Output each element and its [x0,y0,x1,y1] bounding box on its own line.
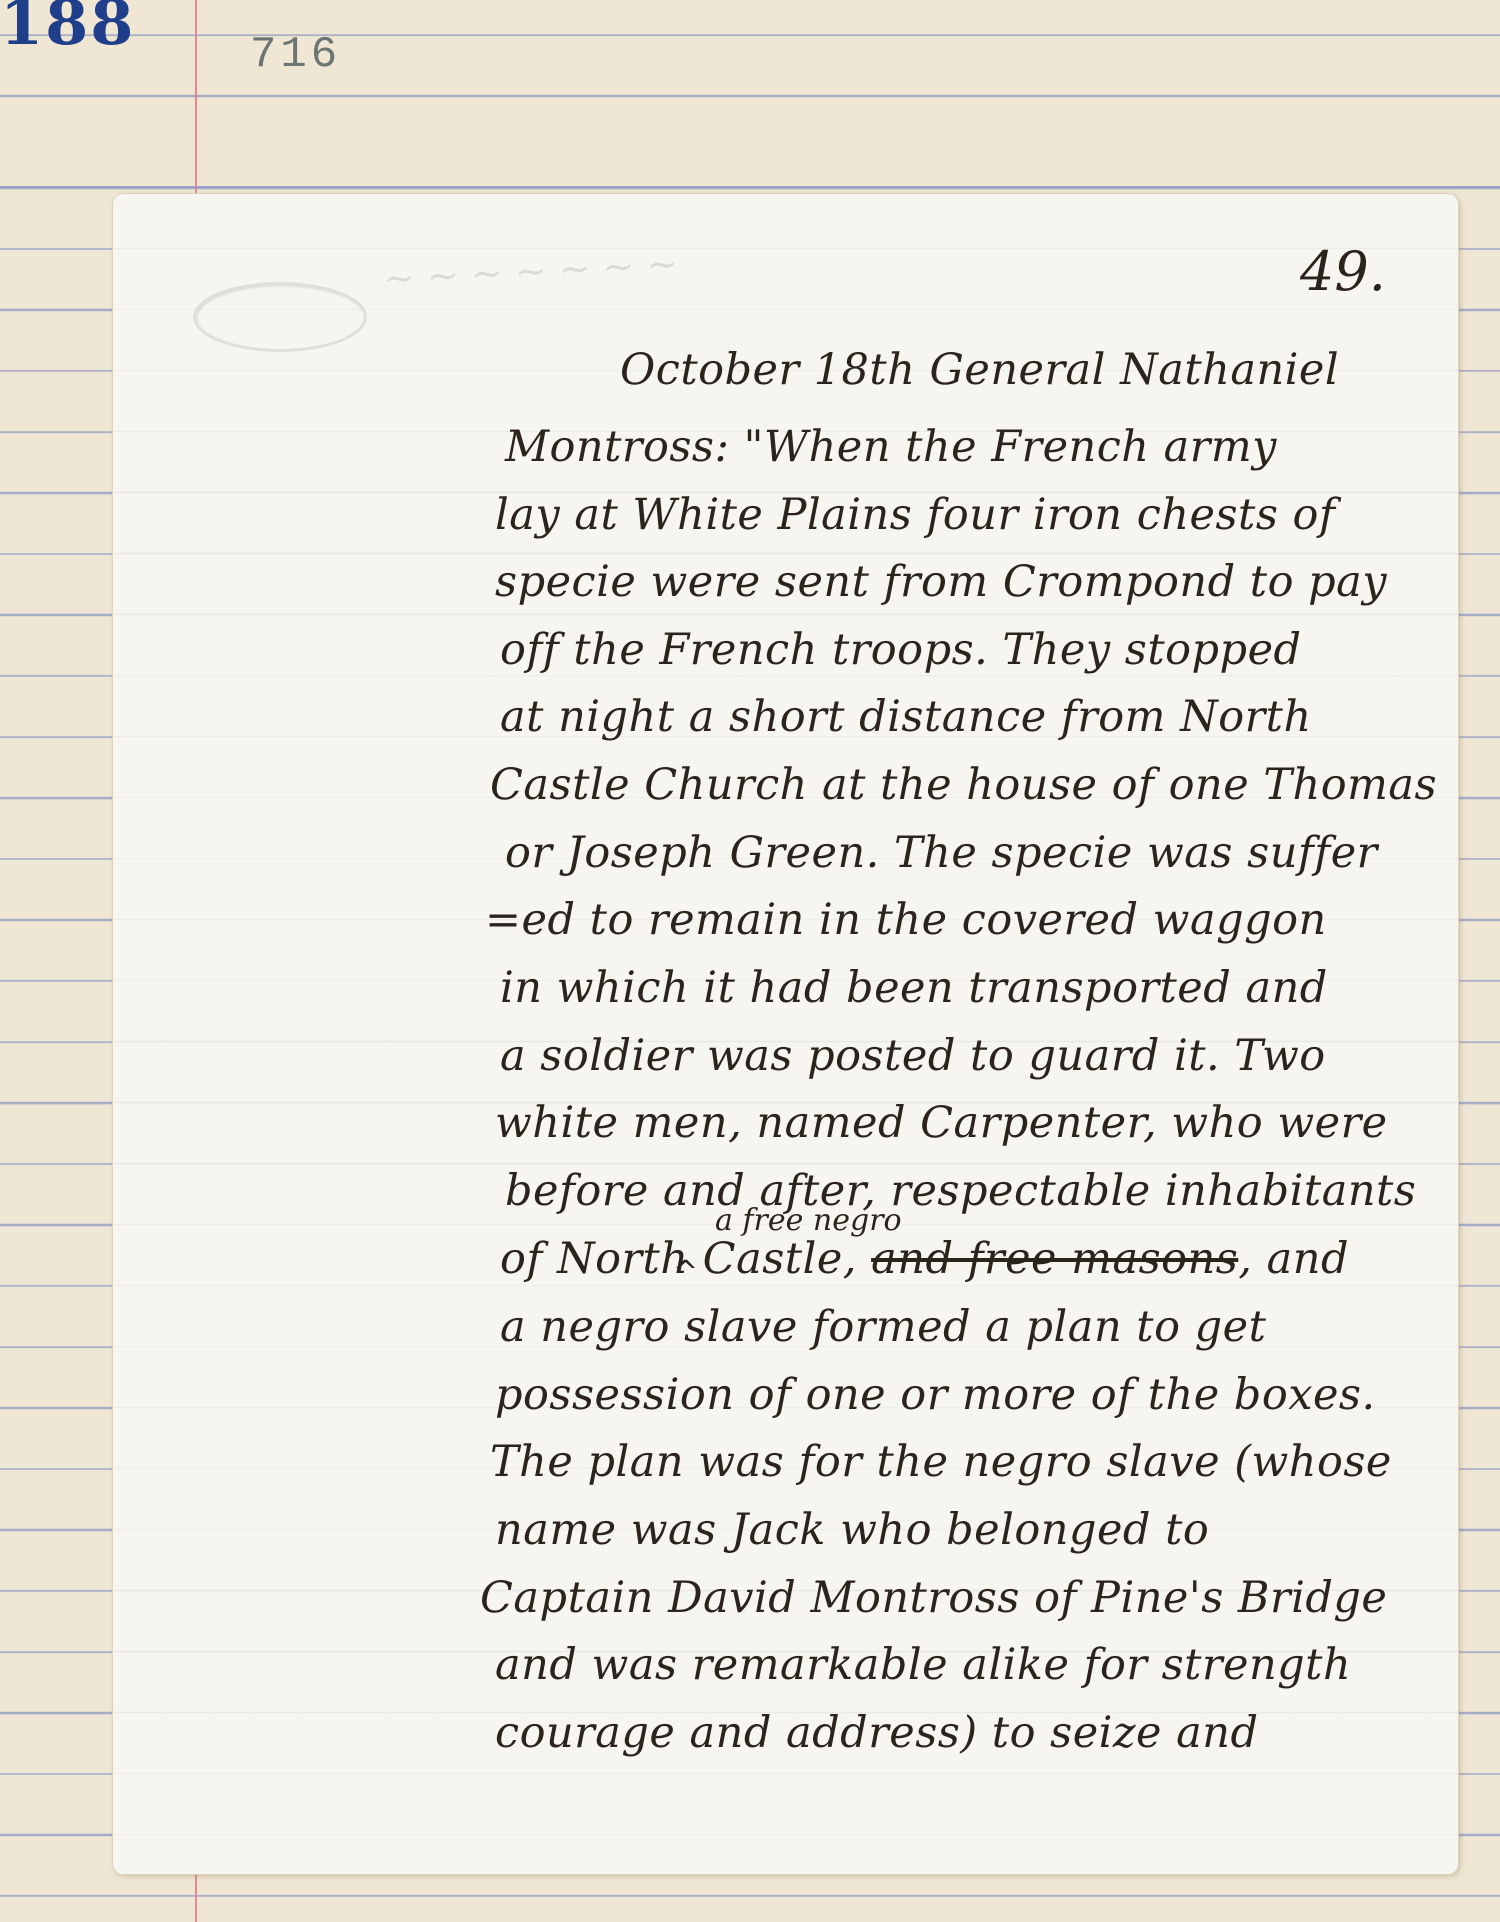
manuscript-line-17: The plan was for the negro slave (whose [490,1437,1392,1487]
ledger-stamped-number: 716 [250,30,341,80]
manuscript-line-1: October 18th General Nathaniel [620,345,1339,395]
manuscript-line-18: name was Jack who belonged to [495,1505,1209,1555]
ledger-top-rule [0,186,1500,188]
manuscript-line-6: at night a short distance from North [500,692,1312,742]
manuscript-line-10: in which it had been transported and [500,963,1328,1013]
line-14-before: of North Castle, [500,1234,871,1284]
page-number: 49. [1300,240,1386,303]
struck-through-text: and free masons [871,1234,1238,1284]
manuscript-line-4: specie were sent from Crompond to pay [495,557,1387,607]
manuscript-line-20: and was remarkable alike for strength [495,1640,1351,1690]
manuscript-line-12: white men, named Carpenter, who were [495,1098,1388,1148]
manuscript-line-5: off the French troops. They stopped [500,625,1302,675]
interlinear-insertion: a free negro [715,1203,902,1238]
ledger-printed-number: 188 [0,0,135,59]
manuscript-line-11: a soldier was posted to guard it. Two [500,1031,1326,1081]
manuscript-line-8: or Joseph Green. The specie was suffer [505,828,1378,878]
embossed-seal-icon [193,282,367,352]
manuscript-line-16: possession of one or more of the boxes. [495,1370,1376,1420]
manuscript-line-15: a negro slave formed a plan to get [500,1302,1266,1352]
manuscript-line-21: courage and address) to seize and [495,1708,1259,1758]
manuscript-line-13: before and after, respectable inhabitant… [505,1166,1416,1216]
manuscript-line-14: of North Castle, and free masons, and [500,1234,1349,1284]
manuscript-line-19: Captain David Montross of Pine's Bridge [480,1573,1387,1623]
manuscript-line-7: Castle Church at the house of one Thomas [490,760,1437,810]
line-14-after: , and [1238,1234,1349,1284]
manuscript-line-3: lay at White Plains four iron chests of [495,490,1335,540]
manuscript-line-9: =ed to remain in the covered waggon [485,895,1327,945]
manuscript-line-2: Montross: "When the French army [505,422,1277,472]
